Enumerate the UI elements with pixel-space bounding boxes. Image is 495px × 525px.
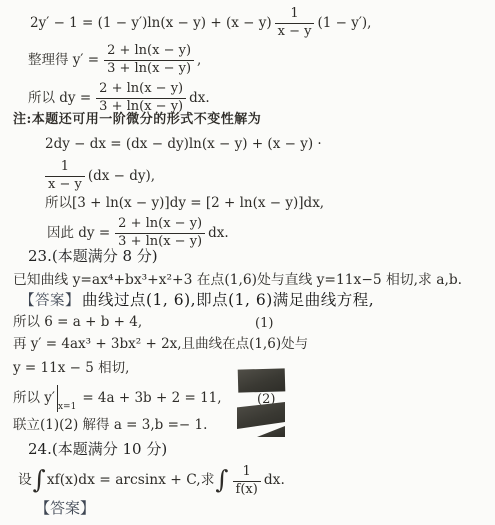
question-24-header: 24.(本题满分 10 分) [28, 440, 167, 459]
formula-eq2: 整理得 y′ = 2 + ln(x − y) 3 + ln(x − y) , [26, 41, 201, 79]
scanned-math-solution-page: 2y′ − 1 = (1 − y′)ln(x − y) + (x − y) 1 … [0, 0, 495, 525]
eq7-post2: dx. [208, 225, 229, 242]
eq5-fraction: 1 x − y [45, 160, 85, 193]
formula-q23-eq-b: 再 y′ = 4ax³ + 3bx² + 2x,且曲线在点(1,6)处与 [13, 336, 308, 353]
q23-eq-d-post: = 4a + 3b + 2 = 11, [82, 390, 221, 407]
scan-artifact-block-middle [237, 402, 285, 429]
eq1-fraction-numerator: 1 [275, 7, 315, 24]
formula-eq5: 1 x − y (dx − dy), [45, 157, 155, 195]
formula-q23-eq-a: 所以 6 = a + b + 4, [13, 314, 142, 331]
eq4-text: 2dy − dx = (dx − dy)ln(x − y) + (x − y) … [45, 136, 322, 153]
q23-eq-a-text: 所以 6 = a + b + 4, [13, 314, 142, 331]
question-23-answer-text: 曲线过点(1, 6),即点(1, 6)满足曲线方程, [82, 291, 374, 310]
eq7-pre: 因此 dy = [47, 225, 110, 242]
evaluation-subscript: x=1 [58, 402, 76, 413]
q23-eq-d-pre: 所以 y′ [13, 390, 55, 407]
eq3-post: dx. [189, 90, 210, 107]
eq6-text: 所以[3 + ln(x − y)]dy = [2 + ln(x − y)]dx, [45, 195, 324, 212]
q23-eq-b-text: 再 y′ = 4ax³ + 3bx² + 2x,且曲线在点(1,6)处与 [13, 336, 308, 353]
question-23-header-text: 23.(本题满分 8 分) [28, 247, 158, 266]
eq3-fraction-numerator: 2 + ln(x − y) [96, 82, 186, 99]
eq1-fraction-denominator: x − y [275, 24, 315, 40]
formula-eq6: 所以[3 + ln(x − y)]dy = [2 + ln(x − y)]dx, [45, 195, 324, 212]
eq5-post: (dx − dy), [88, 168, 155, 185]
question-24-answer-line: 【答案】 [35, 499, 97, 518]
q24-problem-mid: xf(x)dx = arcsinx + C,求 [47, 472, 215, 489]
eq3-pre: 所以 dy = [28, 90, 91, 107]
answer-tag-24: 【答案】 [35, 499, 95, 518]
q24-fraction-numerator: 1 [233, 465, 261, 482]
q24-fraction: 1 f(x) [233, 465, 261, 498]
eq7-fraction-numerator: 2 + ln(x − y) [115, 217, 205, 234]
formula-q23-eq-c: y = 11x − 5 相切, [13, 360, 129, 377]
answer-tag-23: 【答案】 [20, 292, 80, 310]
eq5-fraction-denominator: x − y [45, 177, 85, 193]
eq7-fraction: 2 + ln(x − y) 3 + ln(x − y) [115, 217, 205, 250]
note-line: 注:本题还可用一阶微分的形式不变性解为 [13, 112, 261, 128]
eq3-fraction: 2 + ln(x − y) 3 + ln(x − y) [96, 82, 186, 115]
formula-eq4: 2dy − dx = (dx − dy)ln(x − y) + (x − y) … [45, 136, 322, 153]
formula-q23-eq-d: 所以 y′ x=1 = 4a + 3b + 2 = 11, [13, 382, 222, 414]
question-23-answer-line: 【答案】 曲线过点(1, 6),即点(1, 6)满足曲线方程, [20, 291, 374, 310]
q24-problem-post: dx. [264, 472, 285, 489]
q23-eq-c-text: y = 11x − 5 相切, [13, 360, 129, 377]
eq2-fraction-denominator: 3 + ln(x − y) [104, 61, 194, 77]
eq1-fraction: 1 x − y [275, 7, 315, 40]
q24-fraction-denominator: f(x) [233, 482, 261, 498]
q24-problem-pre: 设 [18, 472, 32, 489]
equation-label-1: (1) [255, 316, 273, 331]
eq2-pre: 整理得 y′ = [28, 52, 99, 69]
question-23-header: 23.(本题满分 8 分) [28, 247, 158, 266]
eq2-fraction: 2 + ln(x − y) 3 + ln(x − y) [104, 44, 194, 77]
equation-label-1-text: (1) [255, 316, 273, 331]
formula-q23-eq-e: 联立(1)(2) 解得 a = 3,b =− 1. [13, 417, 207, 434]
question-23-problem: 已知曲线 y=ax⁴+bx³+x²+3 在点(1,6)处与直线 y=11x−5 … [13, 272, 462, 289]
eq2-fraction-numerator: 2 + ln(x − y) [104, 44, 194, 61]
scan-artifact-block-bottom [257, 426, 285, 437]
note-text: 注:本题还可用一阶微分的形式不变性解为 [13, 112, 261, 128]
eq1-post: (1 − y′), [317, 15, 371, 32]
eq2-post: , [197, 52, 201, 69]
question-23-problem-text: 已知曲线 y=ax⁴+bx³+x²+3 在点(1,6)处与直线 y=11x−5 … [13, 272, 462, 289]
q23-eq-e-text: 联立(1)(2) 解得 a = 3,b =− 1. [13, 417, 207, 434]
question-24-problem: 设 ∫ xf(x)dx = arcsinx + C,求 ∫ 1 f(x) dx. [18, 463, 285, 499]
scan-artifact-block-top [238, 368, 286, 392]
integral-icon: ∫ [33, 464, 46, 495]
eq5-fraction-numerator: 1 [45, 160, 85, 177]
eq1-pre: 2y′ − 1 = (1 − y′)ln(x − y) + (x − y) [30, 15, 272, 32]
integral-icon: ∫ [216, 464, 229, 495]
formula-eq1: 2y′ − 1 = (1 − y′)ln(x − y) + (x − y) 1 … [30, 6, 371, 40]
question-24-header-text: 24.(本题满分 10 分) [28, 440, 167, 459]
